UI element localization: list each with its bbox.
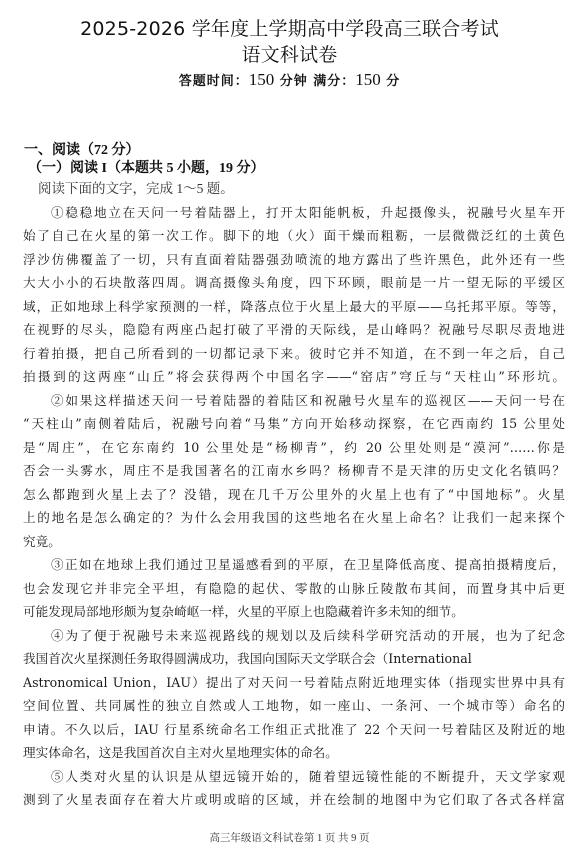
passage-line: ⑤人类对火星的认识是从望远镜开始的，随着望远镜性能的不断提升，天文学家观 bbox=[51, 768, 565, 786]
time-label: 答题时间： bbox=[179, 74, 249, 89]
passage-line: 上的地名是怎么确定的？为什么会用我国的这些地名在火星上命名？让我们一起来探个 bbox=[23, 509, 565, 527]
passage-line: 是“周庄”，在它东南约 10 公里处是“杨柳青”，约 20 公里处则是“漠河”…… bbox=[23, 439, 565, 457]
passage-line: 始了自己在火星的第一次工作。脚下的地（火）面干燥而粗粝，一层微微泛红的土黄色 bbox=[23, 227, 565, 245]
passage-line: ①稳稳地立在天问一号着陆器上，打开太阳能帆板，升起摄像头，祝融号火星车开 bbox=[51, 204, 565, 222]
passage-line: 域，正如地球上科学家预测的一样，降落点位于火星上最大的平原——乌托邦平原。等等， bbox=[23, 298, 565, 316]
passage-line: 空间位置、共同属性的独立自然或人工地物，如一座山、一条河、一个城市等）命名的 bbox=[23, 697, 565, 715]
time-unit: 分钟 bbox=[274, 74, 313, 89]
passage-line: 否会一头雾水，周庄不是我国著名的江南水乡吗？杨柳青不是天津的历史文化名镇吗？ bbox=[23, 462, 565, 480]
score-unit: 分 bbox=[381, 74, 401, 89]
exam-meta: 答题时间：150 分钟 满分：150 分 bbox=[0, 70, 579, 90]
passage-line: 我国首次火星探测任务取得圆满成功，我国向国际天文学联合会（Internation… bbox=[23, 650, 565, 668]
passage-line: 理实体命名，这是我国首次自主对火星地理实体的命名。 bbox=[23, 744, 565, 762]
passage-line: “天柱山”南侧着陆后，祝融号向着“马集”方向开始移动探察，在它西南约 15 公里… bbox=[23, 415, 565, 433]
passage-line: Astronomical Union，IAU）提出了对天问一号着陆点附近地理实体… bbox=[23, 674, 565, 692]
passage-line: 申请。不久以后，IAU 行星系统命名工作组正式批准了 22 个天问一号着陆区及附… bbox=[23, 721, 565, 739]
passage-line: ④为了便于祝融号未来巡视路线的规划以及后续科学研究活动的开展，也为了纪念 bbox=[51, 627, 565, 645]
score-label: 满分： bbox=[313, 74, 355, 89]
exam-title: 2025-2026 学年度上学期高中学段高三联合考试 bbox=[0, 14, 579, 41]
section-heading: 一、阅读（72 分） bbox=[24, 139, 140, 159]
time-value: 150 bbox=[249, 70, 275, 89]
subsection-heading: （一）阅读 I（本题共 5 小题，19 分） bbox=[28, 157, 264, 177]
passage-line: 在视野的尽头，隐隐有两座凸起打破了平滑的天际线，是山峰吗？祝融号尽职尽责地进 bbox=[23, 321, 565, 339]
passage-line: 也会发现它并非完全平坦，有隐隐的起伏、零散的山脉丘陵散布其间，而置身其中后更 bbox=[23, 580, 565, 598]
instruction-text: 阅读下面的文字，完成 1～5 题。 bbox=[38, 177, 234, 197]
passage-line: 拍摄到的这两座“山丘”将会获得两个中国名字——“窑店”穹丘与“天柱山”环形坑。 bbox=[23, 368, 565, 386]
passage-line: 究竟。 bbox=[23, 533, 565, 551]
exam-subject-title: 语文科试卷 bbox=[0, 40, 579, 67]
passage-line: 浮沙仿佛覆盖了一切，只有直面着陆器强劲喷流的地方露出了些许黑色，此外还有一些 bbox=[23, 251, 565, 269]
passage-line: 大大小小的石块散落四周。调高摄像头角度，四下环顾，眼前是一片一望无际的平缓区 bbox=[23, 274, 565, 292]
passage-line: 测到了火星表面存在着大片或明或暗的区域，并在绘制的地图中为它们取了各式各样富 bbox=[23, 791, 565, 809]
page-footer: 高三年级语文科试卷第 1 页 共 9 页 bbox=[0, 830, 579, 845]
score-value: 150 bbox=[355, 70, 381, 89]
passage-line: ③正如在地球上我们通过卫星遥感看到的平原，在卫星降低高度、提高拍摄精度后， bbox=[51, 556, 565, 574]
passage-line: ②如果这样描述天问一号着陆器的着陆区和祝融号火星车的巡视区——天问一号在 bbox=[51, 392, 565, 410]
passage-line: 可能发现局部地形颇为复杂崎岖一样，火星的平原上也隐藏着许多未知的细节。 bbox=[23, 603, 565, 621]
passage-line: 怎么都跑到火星上去了？没错，现在几千万公里外的火星上也有了“中国地标”。火星 bbox=[23, 486, 565, 504]
passage-line: 行着拍摄，把自己所看到的一切都记录下来。彼时它并不知道，在不到一年之后，自己 bbox=[23, 345, 565, 363]
